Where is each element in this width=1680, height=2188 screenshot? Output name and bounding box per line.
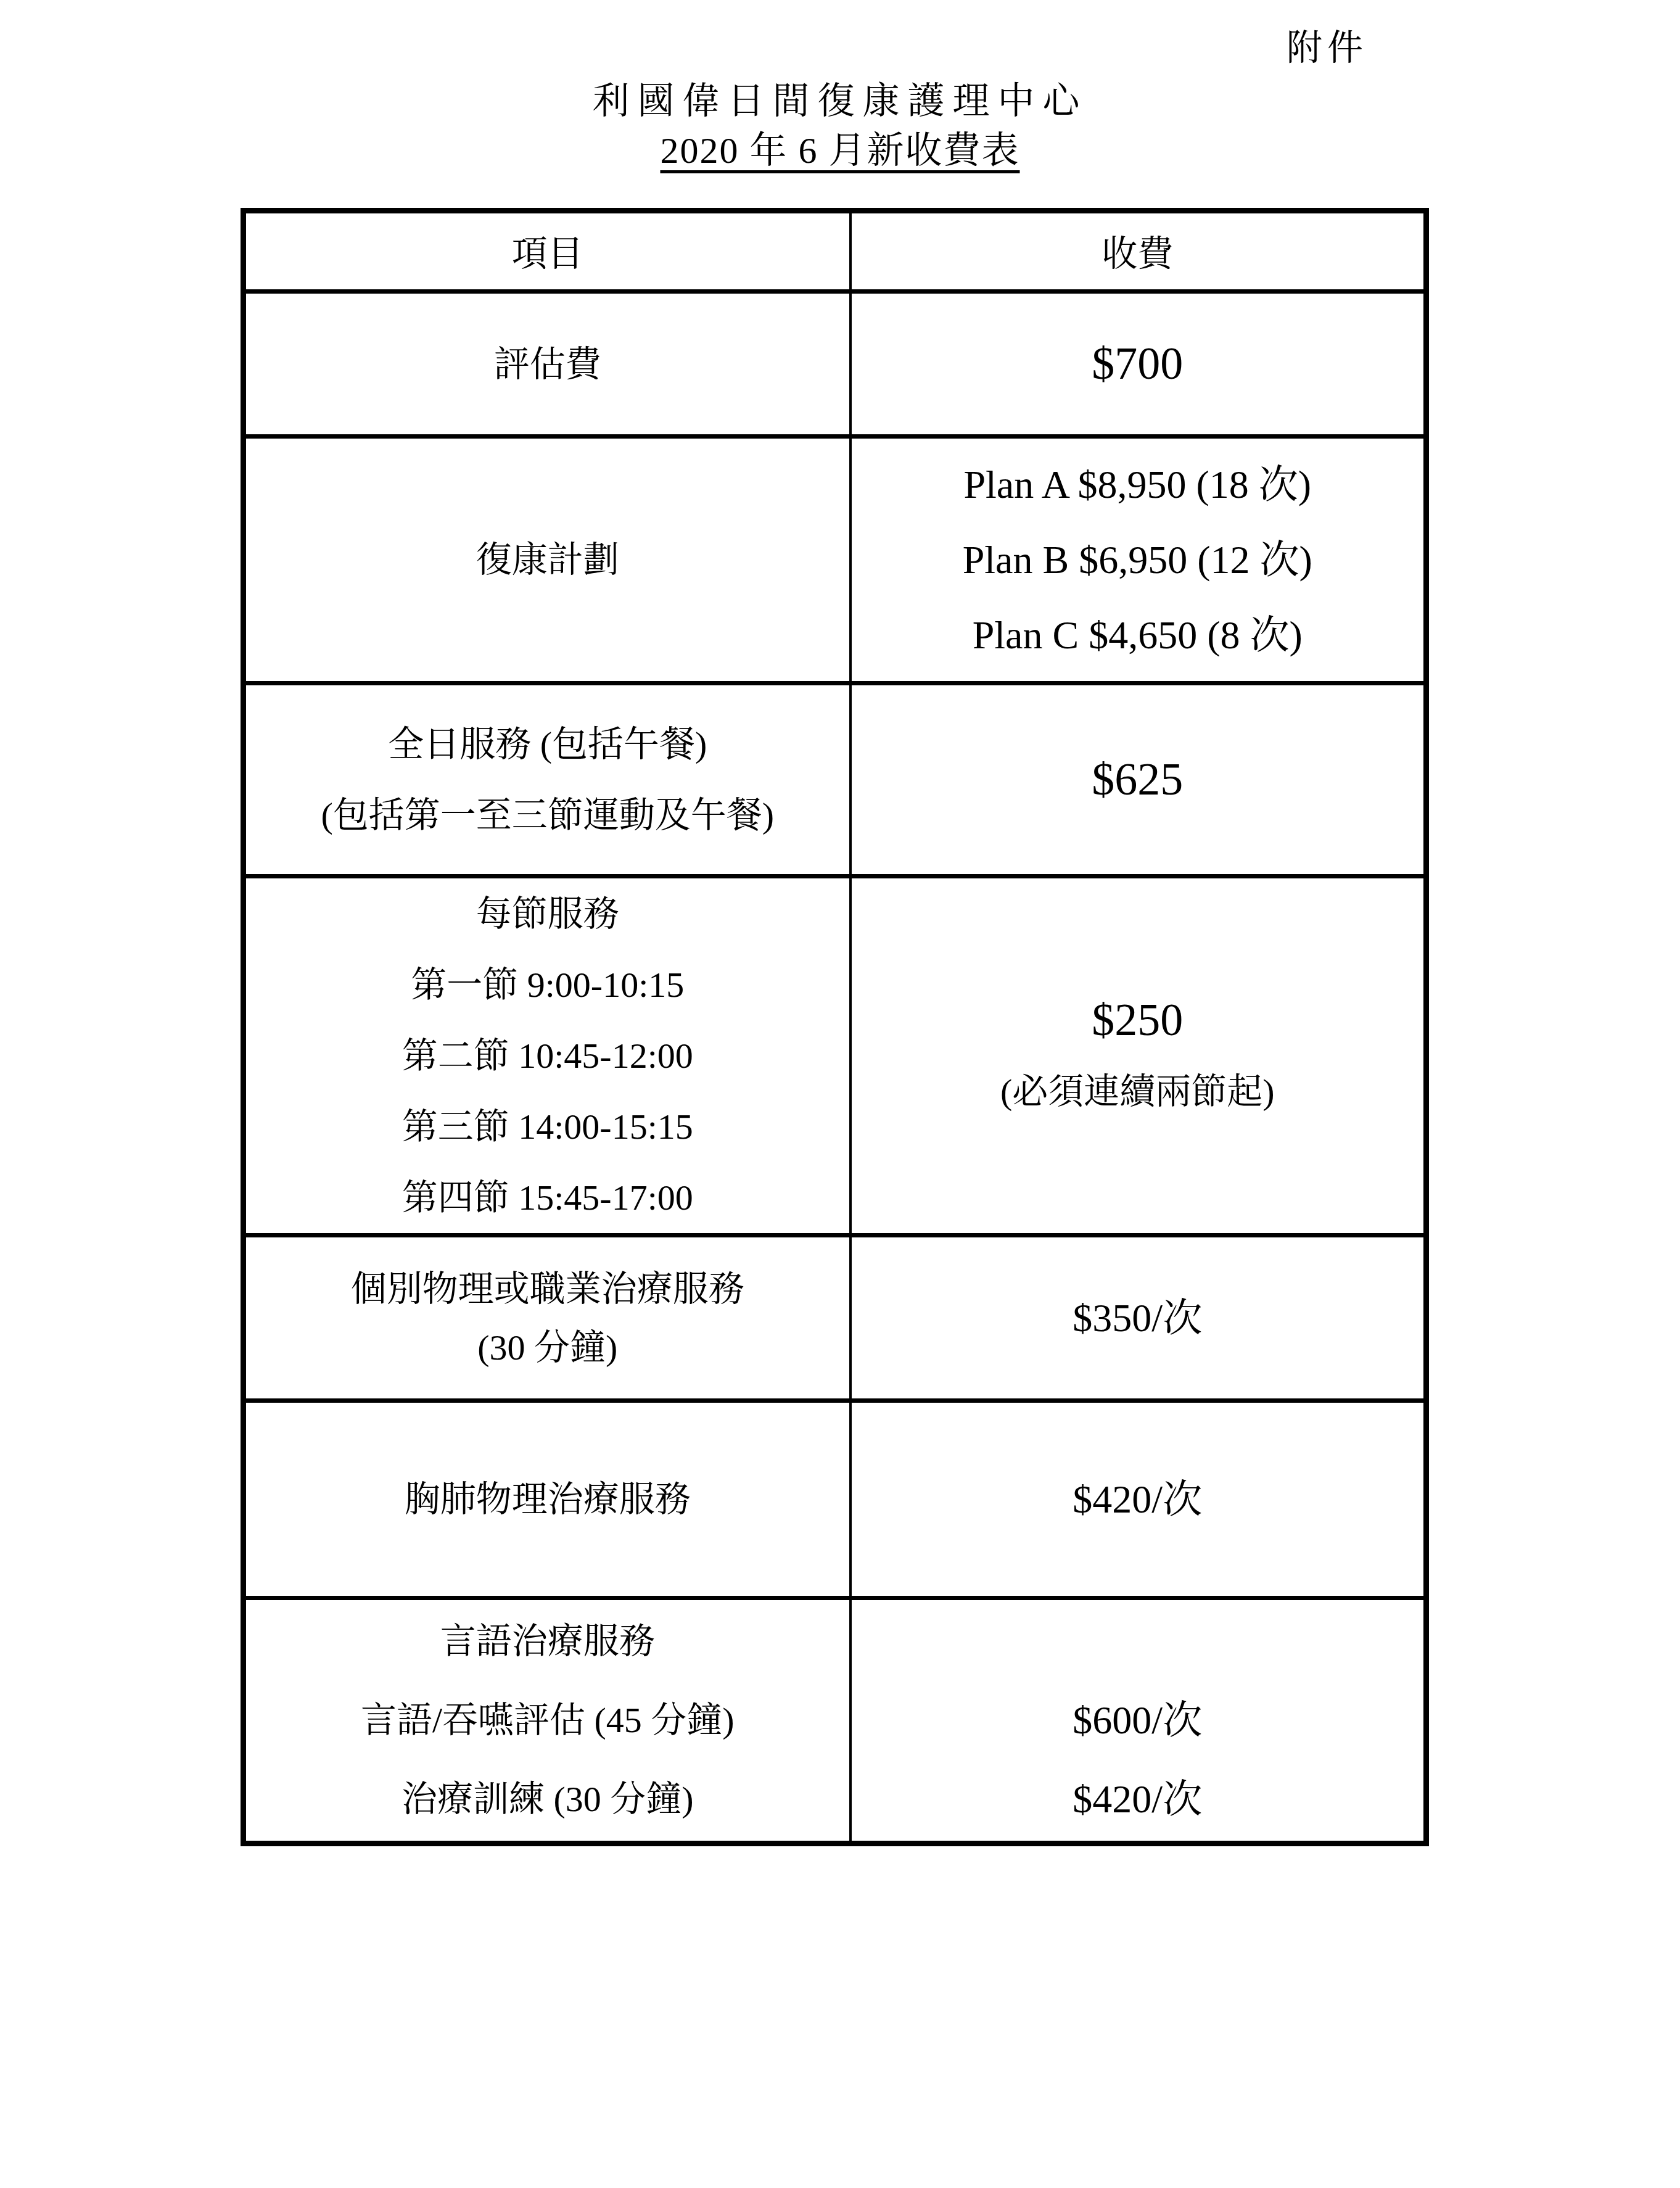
document-subtitle: 2020 年 6 月新收費表	[0, 121, 1680, 174]
fee-table: 項目 收費 評估費 $700 復康計劃 Plan A $8,950 (18 次)…	[241, 208, 1429, 1846]
table-row-chest-pt: 胸肺物理治療服務 $420/次	[244, 1401, 1427, 1598]
item-line: 復康計劃	[246, 524, 849, 595]
fee-line-plan-a: Plan A $8,950 (18 次)	[852, 447, 1424, 522]
table-row-assessment: 評估費 $700	[244, 292, 1427, 437]
item-cell-assessment: 評估費	[244, 292, 850, 437]
fee-cell-per-session: $250 (必須連續兩節起)	[850, 877, 1427, 1236]
item-line: 全日服務 (包括午餐)	[246, 709, 849, 780]
item-line-session-4: 第四節 15:45-17:00	[246, 1162, 849, 1233]
header-cell-fee: 收費	[850, 211, 1427, 292]
item-cell-speech-therapy: 言語治療服務 言語/吞嚥評估 (45 分鐘) 治療訓練 (30 分鐘)	[244, 1598, 850, 1844]
item-line-treatment-training: 治療訓練 (30 分鐘)	[246, 1760, 849, 1839]
item-cell-chest-pt: 胸肺物理治療服務	[244, 1401, 850, 1598]
item-line-speech-assessment: 言語/吞嚥評估 (45 分鐘)	[246, 1681, 849, 1760]
fee-line-plan-b: Plan B $6,950 (12 次)	[852, 522, 1424, 598]
fee-line-speech-assessment: $600/次	[852, 1681, 1424, 1760]
document-subtitle-text: 2020 年 6 月新收費表	[661, 130, 1020, 171]
fee-cell-speech-therapy: $600/次 $420/次	[850, 1598, 1427, 1844]
item-line: 每節服務	[246, 878, 849, 949]
item-line-session-3: 第三節 14:00-15:15	[246, 1091, 849, 1162]
table-row-individual-pt-ot: 個別物理或職業治療服務 (30 分鐘) $350/次	[244, 1236, 1427, 1401]
table-row-per-session: 每節服務 第一節 9:00-10:15 第二節 10:45-12:00 第三節 …	[244, 877, 1427, 1236]
table-row-rehab-plan: 復康計劃 Plan A $8,950 (18 次) Plan B $6,950 …	[244, 437, 1427, 683]
fee-cell-chest-pt: $420/次	[850, 1401, 1427, 1598]
fee-line: $420/次	[852, 1464, 1424, 1535]
fee-cell-assessment: $700	[850, 292, 1427, 437]
item-line: 評估費	[246, 329, 849, 400]
item-line-session-1: 第一節 9:00-10:15	[246, 949, 849, 1020]
item-line: 個別物理或職業治療服務	[246, 1260, 849, 1318]
item-line: (30 分鐘)	[246, 1318, 849, 1377]
item-line: 言語治療服務	[246, 1602, 849, 1681]
fee-cell-full-day: $625	[850, 683, 1427, 877]
header-cell-item: 項目	[244, 211, 850, 292]
fee-line: $350/次	[852, 1282, 1424, 1353]
fee-line-treatment-training: $420/次	[852, 1760, 1424, 1839]
item-line: 胸肺物理治療服務	[246, 1464, 849, 1535]
table-header-row: 項目 收費	[244, 211, 1427, 292]
item-cell-individual-pt-ot: 個別物理或職業治療服務 (30 分鐘)	[244, 1236, 850, 1401]
item-cell-per-session: 每節服務 第一節 9:00-10:15 第二節 10:45-12:00 第三節 …	[244, 877, 850, 1236]
fee-line-note: (必須連續兩節起)	[852, 1056, 1424, 1127]
item-cell-full-day: 全日服務 (包括午餐) (包括第一至三節運動及午餐)	[244, 683, 850, 877]
item-line-session-2: 第二節 10:45-12:00	[246, 1020, 849, 1091]
fee-line: $250	[852, 985, 1424, 1056]
attachment-label: 附件	[1287, 19, 1368, 70]
table-row-speech-therapy: 言語治療服務 言語/吞嚥評估 (45 分鐘) 治療訓練 (30 分鐘) $600…	[244, 1598, 1427, 1844]
fee-line: $700	[852, 329, 1424, 400]
fee-cell-rehab-plan: Plan A $8,950 (18 次) Plan B $6,950 (12 次…	[850, 437, 1427, 683]
table-row-full-day: 全日服務 (包括午餐) (包括第一至三節運動及午餐) $625	[244, 683, 1427, 877]
item-line: (包括第一至三節運動及午餐)	[246, 780, 849, 851]
header-item-label: 項目	[246, 218, 849, 289]
fee-line: $625	[852, 745, 1424, 815]
fee-line-spacer	[852, 1602, 1424, 1681]
document-page: 附件 利國偉日間復康護理中心 2020 年 6 月新收費表 項目 收費 評估費 …	[0, 0, 1680, 2188]
fee-line-plan-c: Plan C $4,650 (8 次)	[852, 598, 1424, 673]
header-fee-label: 收費	[852, 218, 1424, 289]
fee-cell-individual-pt-ot: $350/次	[850, 1236, 1427, 1401]
document-title: 利國偉日間復康護理中心	[0, 72, 1680, 125]
item-cell-rehab-plan: 復康計劃	[244, 437, 850, 683]
